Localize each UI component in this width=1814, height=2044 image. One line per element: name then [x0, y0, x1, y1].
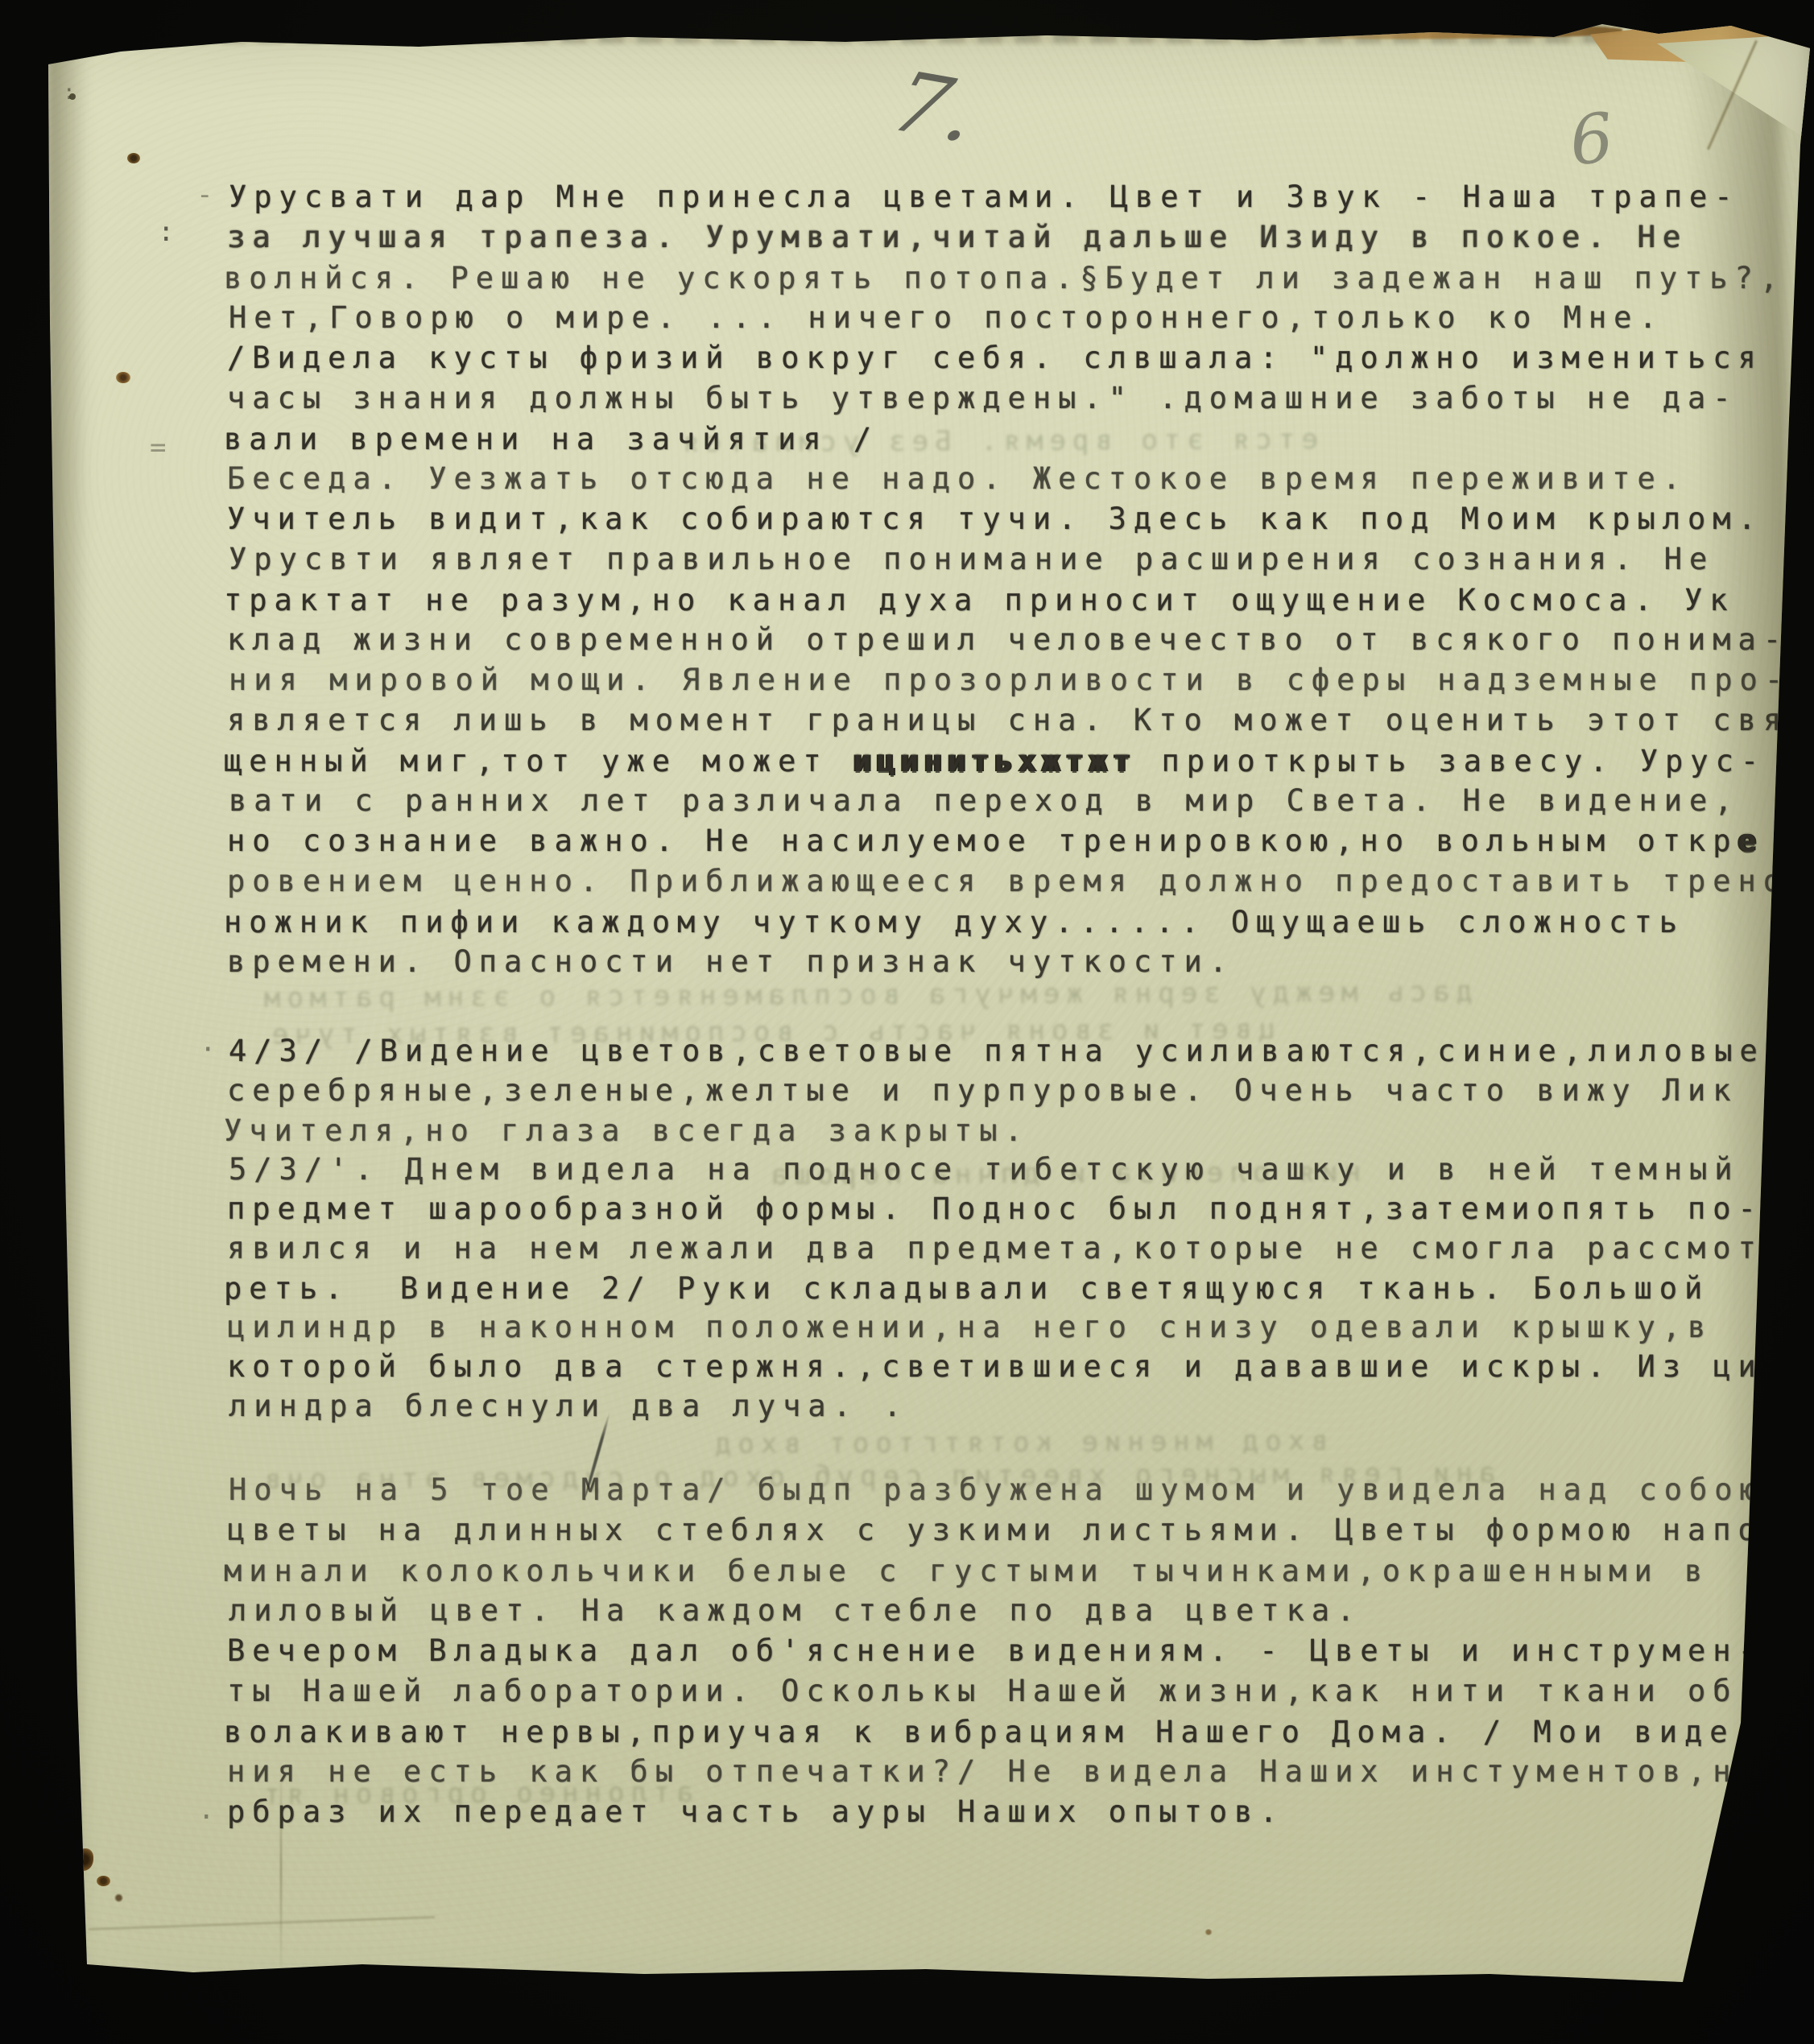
paper-vignette	[0, 0, 1814, 2044]
document-page: ется это время. Без усилатся дась между …	[0, 0, 1814, 2044]
scanned-photo-background: ется это время. Без усилатся дась между …	[0, 0, 1814, 2044]
